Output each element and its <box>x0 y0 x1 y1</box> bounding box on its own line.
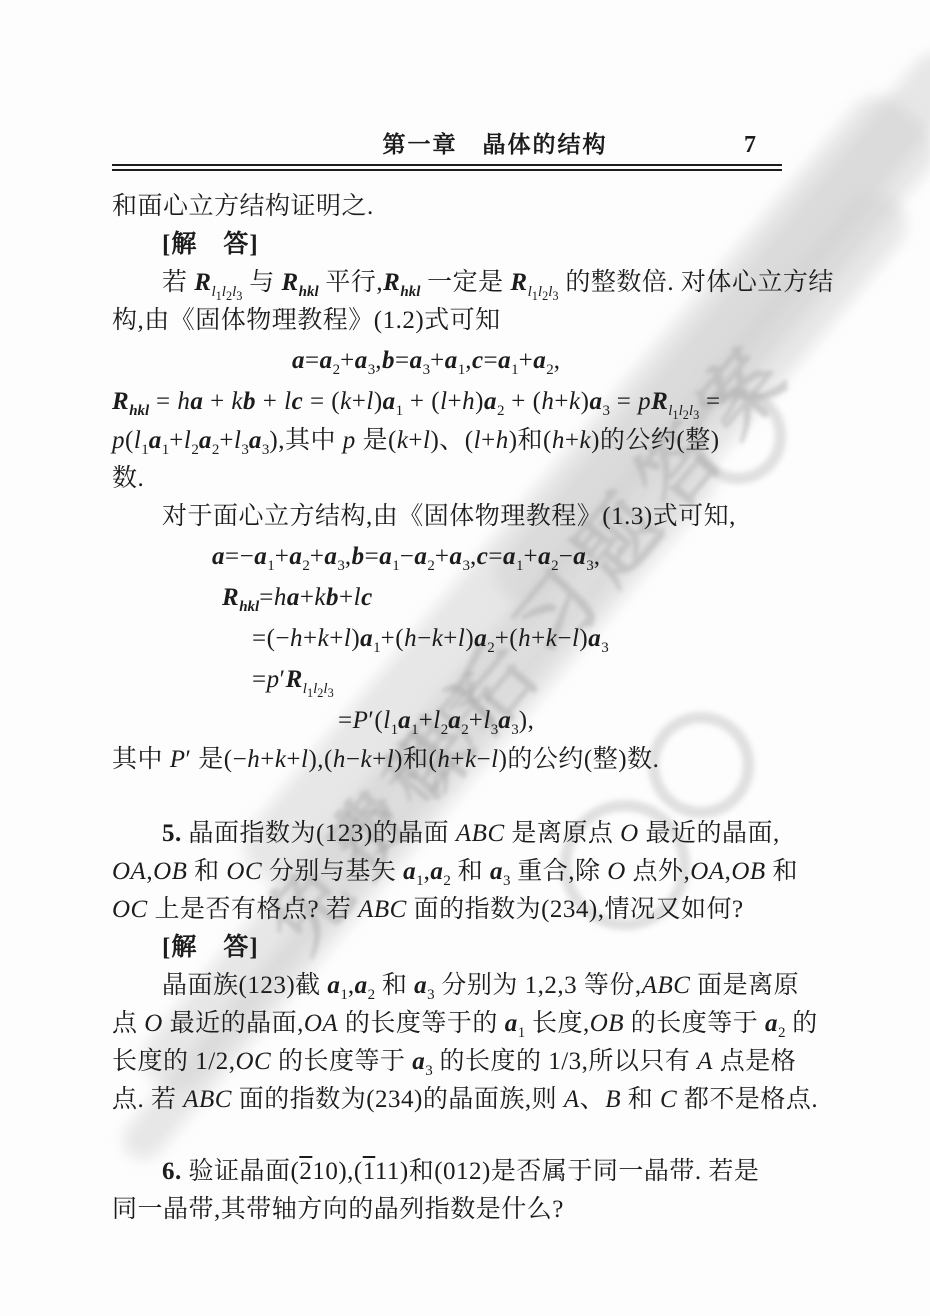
formula-bcc-rhkl: Rhkl = ha + kb + lc = (k+l)a1 + (l+h)a2 … <box>112 381 818 422</box>
body-text: 和面心立方结构证明之. [解 答] 若 Rl1l2l3 与 Rhkl 平行,Rh… <box>112 188 818 1229</box>
problem-6-line: 同一晶带,其带轴方向的晶列指数是什么? <box>112 1191 818 1229</box>
formula-fcc-rhkl-expanded: =(−h+k+l)a1+(h−k+l)a2+(h+k−l)a3 <box>252 618 818 659</box>
text-line: p(l1a1+l2a2+l3a3),其中 p 是(k+l)、(l+h)和(h+k… <box>112 422 818 460</box>
formula-fcc-p-prime-capital: =P′(l1a1+l2a2+l3a3), <box>338 700 818 741</box>
text-line: 晶面族(123)截 a1,a2 和 a3 分别为 1,2,3 等份,ABC 面是… <box>112 967 818 1005</box>
formula-fcc-p-prime: =p′Rl1l2l3 <box>252 659 818 700</box>
text-line: 点 O 最近的晶面,OA 的长度等于的 a1 长度,OB 的长度等于 a2 的 <box>112 1005 818 1043</box>
page-header: 第一章 晶体的结构 7 <box>112 130 782 171</box>
formula-fcc-rhkl: Rhkl=ha+kb+lc <box>222 577 818 618</box>
text-line: 其中 P′ 是(−h+k+l),(h−k+l)和(h+k−l)的公约(整)数. <box>112 741 818 779</box>
problem-5-line: 5. 晶面指数为(123)的晶面 ABC 是离原点 O 最近的晶面, <box>112 815 818 853</box>
formula-bcc-primitive-vectors: a=a2+a3,b=a3+a1,c=a1+a2, <box>292 340 818 381</box>
problem-5-line: OC 上是否有格点? 若 ABC 面的指数为(234),情况又如何? <box>112 891 818 929</box>
text-line: 对于面心立方结构,由《固体物理教程》(1.3)式可知, <box>112 498 818 536</box>
text-line: 构,由《固体物理教程》(1.2)式可知 <box>112 302 818 340</box>
text-line: 若 Rl1l2l3 与 Rhkl 平行,Rhkl 一定是 Rl1l2l3 的整数… <box>112 264 818 302</box>
problem-6-line: 6. 验证晶面(210),(111)和(012)是否属于同一晶带. 若是 <box>112 1153 818 1191</box>
text-line: 点. 若 ABC 面的指数为(234)的晶面族,则 A、B 和 C 都不是格点. <box>112 1081 818 1119</box>
text-line: 长度的 1/2,OC 的长度等于 a3 的长度的 1/3,所以只有 A 点是格 <box>112 1043 818 1081</box>
header-double-rule <box>112 164 782 171</box>
text-line: 和面心立方结构证明之. <box>112 188 818 226</box>
chapter-title: 第一章 晶体的结构 <box>160 130 830 160</box>
scanned-textbook-page: 免费课后习题答案 小程序 第一章 晶体的结构 7 和面心立方结构证明之. [解 … <box>0 0 930 1316</box>
problem-5-line: OA,OB 和 OC 分别与基矢 a1,a2 和 a3 重合,除 O 点外,OA… <box>112 853 818 891</box>
page-number: 7 <box>744 132 756 159</box>
formula-fcc-primitive-vectors: a=−a1+a2+a3,b=a1−a2+a3,c=a1+a2−a3, <box>212 536 818 577</box>
answer-label: [解 答] <box>112 226 818 264</box>
text-line: 数. <box>112 460 818 498</box>
answer-label: [解 答] <box>112 929 818 967</box>
